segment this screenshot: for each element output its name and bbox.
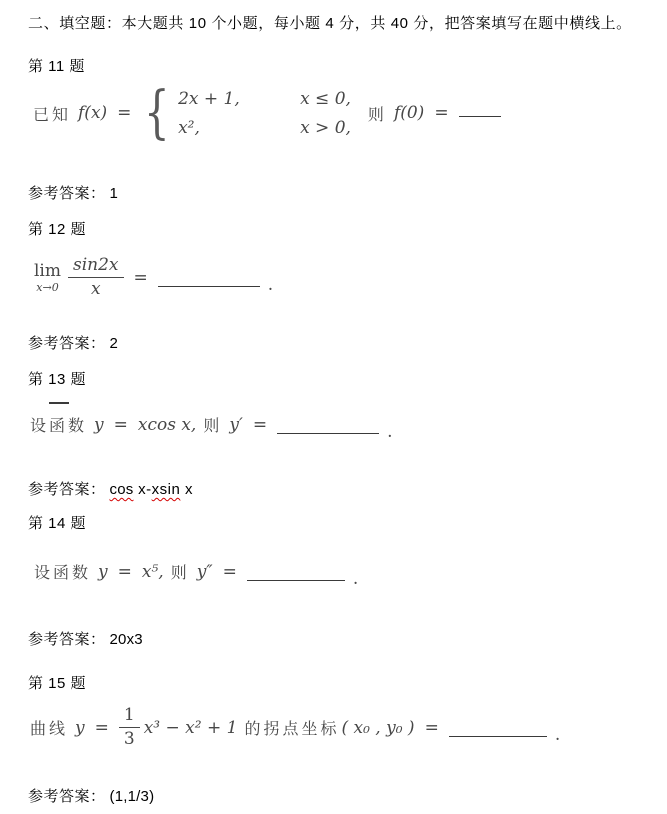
answer-blank-line: [459, 115, 501, 117]
answer-14: 参考答案：20x3: [28, 628, 143, 649]
expression: x⁵,: [142, 562, 164, 582]
question-11-formula: 已知 f(x) = { 2x + 1, x ≤ 0, x², x > 0, 则 …: [33, 88, 501, 138]
answer-label: 参考答案：: [28, 481, 106, 498]
equals-sign: =: [434, 103, 448, 123]
limit-word: lim: [34, 263, 61, 280]
expression: xcos x,: [138, 415, 196, 435]
label-suffix: 题: [66, 515, 86, 532]
label-suffix: 题: [65, 58, 85, 75]
question-12-label: 第 12 题: [28, 218, 86, 239]
answer-token-misspelled: xsin: [152, 481, 181, 498]
equals-sign: =: [114, 415, 128, 435]
function-f0: f(0): [394, 103, 424, 123]
answer-value: 2: [110, 335, 119, 352]
equals-sign: =: [134, 268, 148, 288]
variable-y: y: [94, 415, 104, 435]
label-suffix: 题: [66, 221, 86, 238]
formula-prefix: 设函数: [30, 413, 87, 436]
period: .: [387, 422, 392, 442]
period: .: [353, 569, 358, 589]
label-prefix: 第: [28, 515, 48, 532]
then-text: 则: [203, 413, 222, 436]
formula-prefix: 已知: [33, 102, 71, 125]
equals-sign: =: [253, 415, 267, 435]
section-header: 二、填空题：本大题共 10 个小题，每小题 4 分，共 40 分，把答案填写在题…: [28, 12, 632, 33]
limit-operator: lim x→0: [34, 263, 61, 293]
answer-blank-line: [449, 735, 547, 737]
limit-subscript: x→0: [36, 282, 58, 293]
question-number: 14: [48, 515, 66, 532]
answer-15: 参考答案：(1,1/3): [28, 785, 154, 806]
question-13-label: 第 13 题: [28, 368, 86, 389]
answer-label: 参考答案：: [28, 335, 106, 352]
inflection-point-text: 的拐点坐标: [244, 716, 339, 739]
period: .: [268, 275, 273, 295]
header-num-questions: 10: [189, 15, 207, 32]
answer-value: 1: [110, 185, 119, 202]
case-condition: x ≤ 0,: [300, 89, 351, 109]
question-13-formula: 设函数 y = xcos x, 则 y′ = .: [30, 402, 392, 436]
answer-token-misspelled: cos: [110, 481, 134, 498]
period: .: [555, 725, 560, 745]
header-text: 个小题，每小题: [207, 15, 326, 32]
case-row: 2x + 1, x ≤ 0,: [178, 89, 351, 109]
variable-y: y: [75, 718, 85, 738]
question-number: 12: [48, 221, 66, 238]
math-fraction: 1 3: [119, 705, 140, 751]
question-14-label: 第 14 题: [28, 512, 86, 533]
answer-label: 参考答案：: [28, 185, 106, 202]
function-fx: f(x): [78, 103, 107, 123]
header-text: 分，把答案填写在题中横线上。: [409, 15, 632, 32]
polynomial-expression: x³ − x² + 1: [144, 718, 238, 738]
point-coordinates: ( x₀ , y₀ ): [341, 718, 414, 738]
answer-13: 参考答案：cos x-xsin x: [28, 478, 193, 499]
question-number: 11: [48, 58, 65, 75]
question-12-formula: lim x→0 sin2x x = .: [34, 255, 273, 301]
case-condition: x > 0,: [300, 118, 351, 138]
question-15-formula: 曲线 y = 1 3 x³ − x² + 1 的拐点坐标 ( x₀ , y₀ )…: [30, 705, 560, 751]
answer-label: 参考答案：: [28, 788, 106, 805]
stray-scan-mark: [49, 402, 69, 404]
question-11-label: 第 11 题: [28, 55, 85, 76]
answer-blank-line: [277, 432, 379, 434]
case-expression: x²,: [178, 118, 300, 138]
answer-value: 20x3: [110, 631, 143, 648]
piecewise-brace: {: [144, 87, 170, 138]
exam-document-page: 二、填空题：本大题共 10 个小题，每小题 4 分，共 40 分，把答案填写在题…: [0, 0, 667, 814]
equals-sign: =: [118, 562, 132, 582]
question-number: 13: [48, 371, 66, 388]
case-expression: 2x + 1,: [178, 89, 300, 109]
equals-sign: =: [223, 562, 237, 582]
formula-prefix: 曲线: [30, 716, 68, 739]
label-prefix: 第: [28, 58, 48, 75]
derivative-y-prime: y′: [229, 415, 242, 435]
equals-sign: =: [117, 103, 131, 123]
label-suffix: 题: [66, 675, 86, 692]
formula-prefix: 设函数: [34, 560, 91, 583]
answer-token: x: [180, 481, 193, 498]
case-row: x², x > 0,: [178, 118, 351, 138]
header-points-total: 40: [391, 15, 409, 32]
answer-blank-line: [247, 579, 345, 581]
answer-blank-line: [158, 285, 260, 287]
then-text: 则: [171, 560, 190, 583]
question-14-formula: 设函数 y = x⁵, 则 y″ = .: [34, 560, 358, 583]
label-prefix: 第: [28, 675, 48, 692]
question-15-label: 第 15 题: [28, 672, 86, 693]
answer-value: (1,1/3): [110, 788, 155, 805]
label-suffix: 题: [66, 371, 86, 388]
fraction-denominator: x: [91, 278, 101, 300]
answer-12: 参考答案：2: [28, 332, 118, 353]
variable-y: y: [98, 562, 108, 582]
answer-label: 参考答案：: [28, 631, 106, 648]
header-text: 二、填空题：本大题共: [28, 15, 189, 32]
fraction-numerator: 1: [119, 705, 140, 728]
then-text: 则: [368, 102, 387, 125]
fraction-denominator: 3: [124, 728, 135, 750]
equals-sign: =: [425, 718, 439, 738]
math-fraction: sin2x x: [68, 255, 124, 301]
answer-11: 参考答案：1: [28, 182, 118, 203]
label-prefix: 第: [28, 221, 48, 238]
answer-token: x-: [133, 481, 151, 498]
label-prefix: 第: [28, 371, 48, 388]
derivative-y-double-prime: y″: [197, 562, 213, 582]
question-number: 15: [48, 675, 66, 692]
equals-sign: =: [95, 718, 109, 738]
fraction-numerator: sin2x: [68, 255, 124, 278]
header-text: 分，共: [334, 15, 390, 32]
piecewise-cases: 2x + 1, x ≤ 0, x², x > 0,: [178, 89, 351, 138]
